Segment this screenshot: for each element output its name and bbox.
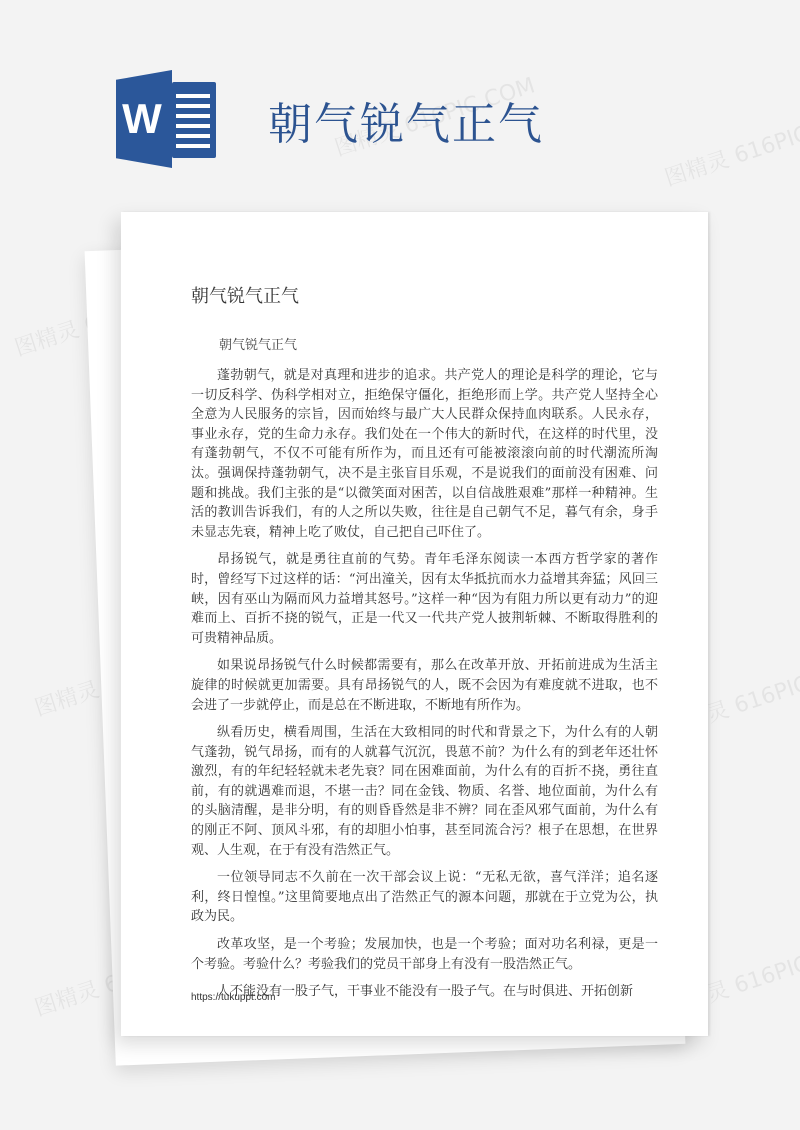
paragraph: 如果说昂扬锐气什么时候都需要有，那么在改革开放、开拓前进成为生活主旋律的时候就更…: [191, 656, 658, 715]
header: W 朝气锐气正气: [108, 70, 708, 170]
document-page: 朝气锐气正气 朝气锐气正气 蓬勃朝气，就是对真理和进步的追求。共产党人的理论是科…: [121, 212, 708, 1036]
paragraph: 一位领导同志不久前在一次干部会议上说：“无私无欲，喜气洋洋；追名逐利，终日惶惶。…: [191, 868, 658, 927]
word-icon-sheet: [172, 82, 216, 158]
document-title: 朝气锐气正气: [191, 282, 658, 308]
document-subtitle: 朝气锐气正气: [219, 336, 658, 356]
paragraph: 改革攻坚，是一个考验；发展加快，也是一个考验；面对功名利禄，更是一个考验。考验什…: [191, 935, 658, 974]
header-title: 朝气锐气正气: [268, 88, 544, 152]
word-icon-letter: W: [122, 95, 162, 143]
word-icon-cover: W: [116, 70, 172, 168]
paragraph: 纵看历史，横看周围，生活在大致相同的时代和背景之下，为什么有的人朝气蓬勃，锐气昂…: [191, 723, 658, 860]
paragraph: 蓬勃朝气，就是对真理和进步的追求。共产党人的理论是科学的理论，它与一切反科学、伪…: [191, 366, 658, 542]
paragraph: 昂扬锐气，就是勇往直前的气势。青年毛泽东阅读一本西方哲学家的著作时，曾经写下过这…: [191, 550, 658, 648]
footer-url[interactable]: https://tukuppt.com: [191, 992, 276, 1003]
word-icon: W: [108, 70, 218, 170]
